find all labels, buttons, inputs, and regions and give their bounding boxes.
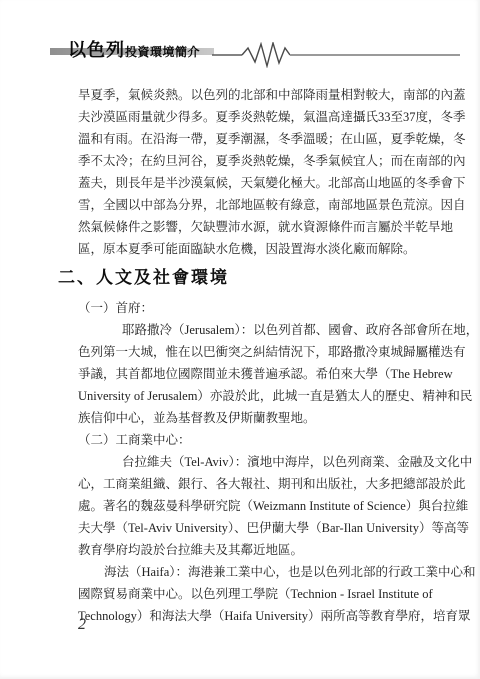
header-title-main: 以色列 (68, 36, 125, 62)
list-item-label-commerce: （二）工商業中心： (78, 429, 460, 451)
text-line: 旱夏季，氣候炎熱。以色列的北部和中部降雨量相對較大，南部的內蓋 (78, 84, 460, 106)
text-line: 然氣候條件之影響，欠缺豐沛水源，就水資源條件而言屬於半乾旱地 (78, 216, 460, 238)
telaviv-paragraph: 台拉維夫（Tel-Aviv）：濱地中海岸，以色列商業、金融及文化中 心，工商業組… (78, 451, 460, 561)
text-line: 心，工商業組織、銀行、各大報社、期刊和出版社，大多把總部設於此 (78, 473, 460, 495)
text-line: 季不太冷；在約旦河谷，夏季炎熱乾燥，冬季氣候宜人；而在南部的內 (78, 150, 460, 172)
text-line: Technology）和海法大學（Haifa University）兩所高等教育… (78, 605, 460, 627)
page-header: 以色列投資環境簡介 (0, 36, 480, 66)
page-number: 2 (78, 616, 86, 634)
heartbeat-line-icon (212, 42, 460, 68)
text-line: 色列第一大城，惟在以巴衝突之糾結情況下，耶路撒冷東城歸屬權迭有 (78, 341, 460, 363)
text-line: 蓋夫，則長年是半沙漠氣候，天氣變化極大。北部高山地區的冬季會下 (78, 172, 460, 194)
text-line: 國際貿易商業中心。以色列理工學院（Technion - Israel Insti… (78, 583, 460, 605)
text-line: University of Jerusalem）亦設於此，此城一直是猶太人的歷史… (78, 385, 460, 407)
text-line: 海法（Haifa）：海港兼工業中心，也是以色列北部的行政工業中心和 (78, 561, 460, 583)
header-title-sub: 投資環境簡介 (125, 43, 200, 60)
climate-paragraph: 旱夏季，氣候炎熱。以色列的北部和中部降雨量相對較大，南部的內蓋 夫沙漠區雨量就少… (78, 84, 460, 260)
text-line: 族信仰中心，並為基督教及伊斯蘭教聖地。 (78, 407, 460, 429)
document-body: 旱夏季，氣候炎熱。以色列的北部和中部降雨量相對較大，南部的內蓋 夫沙漠區雨量就少… (78, 84, 460, 627)
document-page: 以色列投資環境簡介 旱夏季，氣候炎熱。以色列的北部和中部降雨量相對較大，南部的內… (0, 0, 480, 679)
text-line: 教育學府均設於台拉維夫及其鄰近地區。 (78, 539, 460, 561)
text-line: 夫沙漠區雨量就少得多。夏季炎熱乾燥，氣溫高達攝氏33至37度，冬季 (78, 106, 460, 128)
header-title: 以色列投資環境簡介 (68, 36, 200, 60)
text-line: 雪，全國以中部為分界，北部地區較有綠意，南部地區景色荒涼。因自 (78, 194, 460, 216)
jerusalem-paragraph: 耶路撒冷（Jerusalem）：以色列首都、國會、政府各部會所在地，以 色列第一… (78, 319, 460, 429)
section-heading: 二、人文及社會環境 (58, 265, 460, 291)
text-line: 溫和有雨。在沿海一帶，夏季潮濕，冬季溫暖；在山區，夏季乾燥，冬 (78, 128, 460, 150)
list-item-label-capital: （一）首府： (78, 297, 460, 319)
haifa-paragraph: 海法（Haifa）：海港兼工業中心，也是以色列北部的行政工業中心和 國際貿易商業… (78, 561, 460, 627)
text-line: 爭議，其首都地位國際間並未獲普遍承認。希伯來大學（The Hebrew (78, 363, 460, 385)
text-line: 處。著名的魏茲曼科學研究院（Weizmann Institute of Scie… (78, 495, 460, 517)
text-line: 台拉維夫（Tel-Aviv）：濱地中海岸，以色列商業、金融及文化中 (78, 451, 460, 473)
text-line: 區，原本夏季可能面臨缺水危機，因設置海水淡化廠而解除。 (78, 238, 460, 260)
text-line: 耶路撒冷（Jerusalem）：以色列首都、國會、政府各部會所在地，以 (78, 319, 460, 341)
text-line: 夫大學（Tel-Aviv University）、巴伊蘭大學（Bar-Ilan … (78, 517, 460, 539)
